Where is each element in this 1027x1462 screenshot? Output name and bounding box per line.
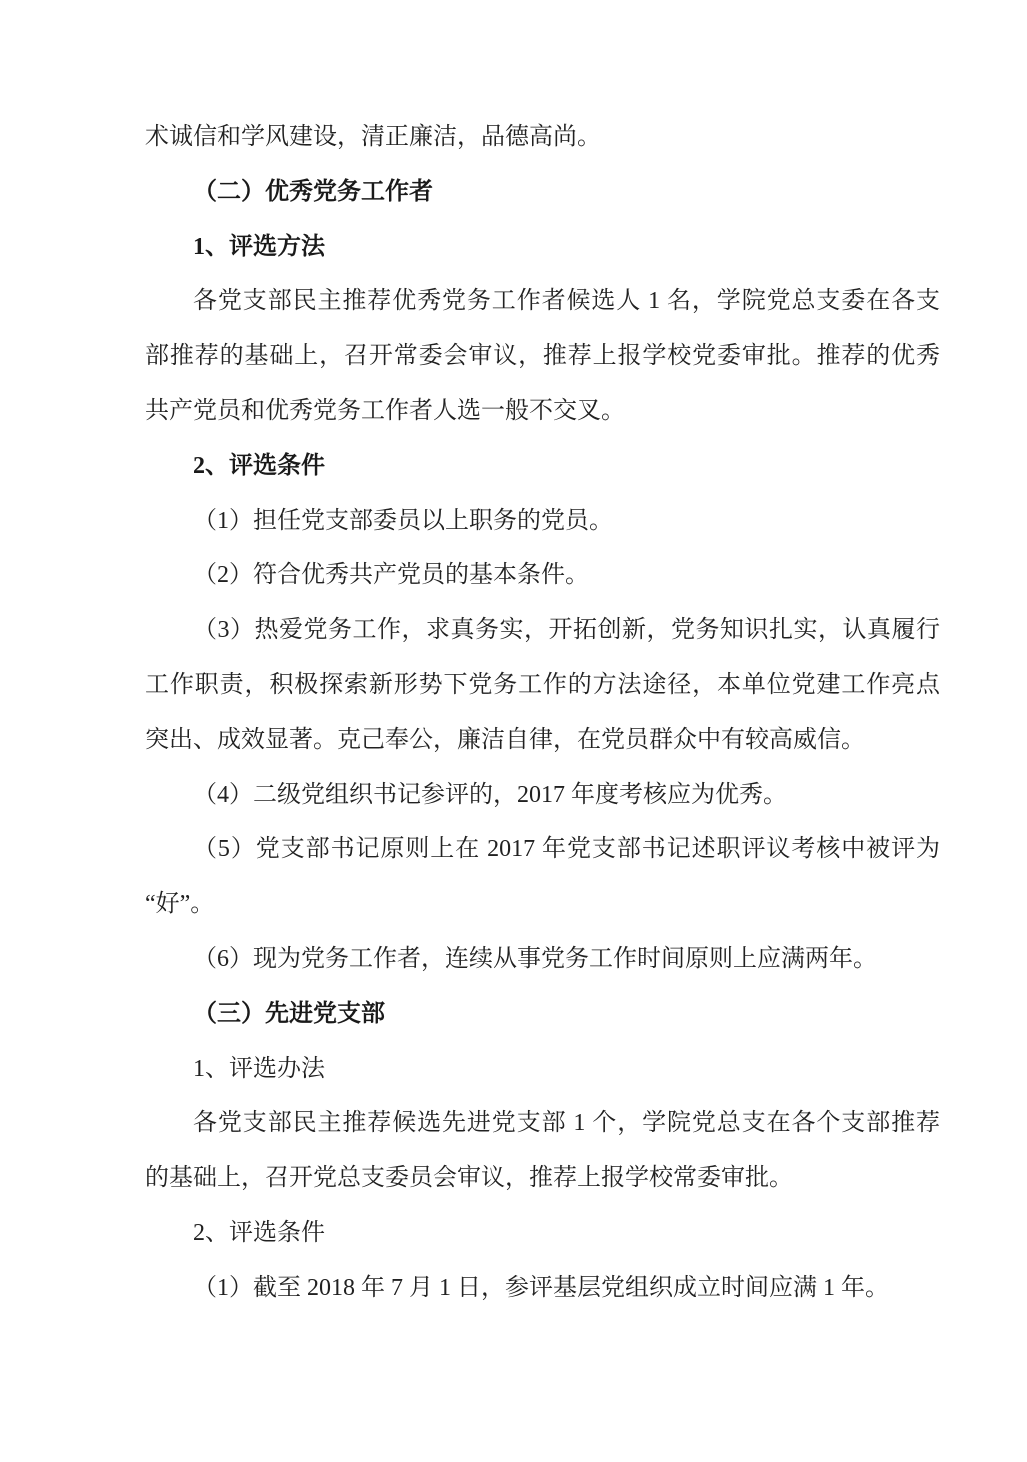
- text-line: （2）符合优秀共产党员的基本条件。: [145, 548, 940, 603]
- heading-line: 1、评选方法: [145, 220, 940, 275]
- text-line: 工作职责，积极探索新形势下党务工作的方法途径，本单位党建工作亮点: [145, 658, 940, 713]
- text-line: 2、评选条件: [145, 1206, 940, 1261]
- text-line: 共产党员和优秀党务工作者人选一般不交叉。: [145, 384, 940, 439]
- text-line: 各党支部民主推荐优秀党务工作者候选人 1 名，学院党总支委在各支: [145, 274, 940, 329]
- text-line: （5）党支部书记原则上在 2017 年党支部书记述职评议考核中被评为: [145, 822, 940, 877]
- document-page: 术诚信和学风建设，清正廉洁，品德高尚。（二）优秀党务工作者1、评选方法各党支部民…: [0, 0, 1027, 1462]
- text-line: 各党支部民主推荐候选先进党支部 1 个，学院党总支在各个支部推荐: [145, 1096, 940, 1151]
- heading-line: （三）先进党支部: [145, 987, 940, 1042]
- text-line: 部推荐的基础上，召开常委会审议，推荐上报学校党委审批。推荐的优秀: [145, 329, 940, 384]
- text-line: 术诚信和学风建设，清正廉洁，品德高尚。: [145, 110, 940, 165]
- text-line: 1、评选办法: [145, 1042, 940, 1097]
- text-line: （1）截至 2018 年 7 月 1 日，参评基层党组织成立时间应满 1 年。: [145, 1261, 940, 1316]
- text-line: 突出、成效显著。克己奉公，廉洁自律，在党员群众中有较高威信。: [145, 713, 940, 768]
- text-line: （6）现为党务工作者，连续从事党务工作时间原则上应满两年。: [145, 932, 940, 987]
- text-line: 的基础上，召开党总支委员会审议，推荐上报学校常委审批。: [145, 1151, 940, 1206]
- text-line: （3）热爱党务工作，求真务实，开拓创新，党务知识扎实，认真履行: [145, 603, 940, 658]
- heading-line: 2、评选条件: [145, 439, 940, 494]
- heading-line: （二）优秀党务工作者: [145, 165, 940, 220]
- text-line: （4）二级党组织书记参评的，2017 年度考核应为优秀。: [145, 768, 940, 823]
- text-line: “好”。: [145, 877, 940, 932]
- text-line: （1）担任党支部委员以上职务的党员。: [145, 494, 940, 549]
